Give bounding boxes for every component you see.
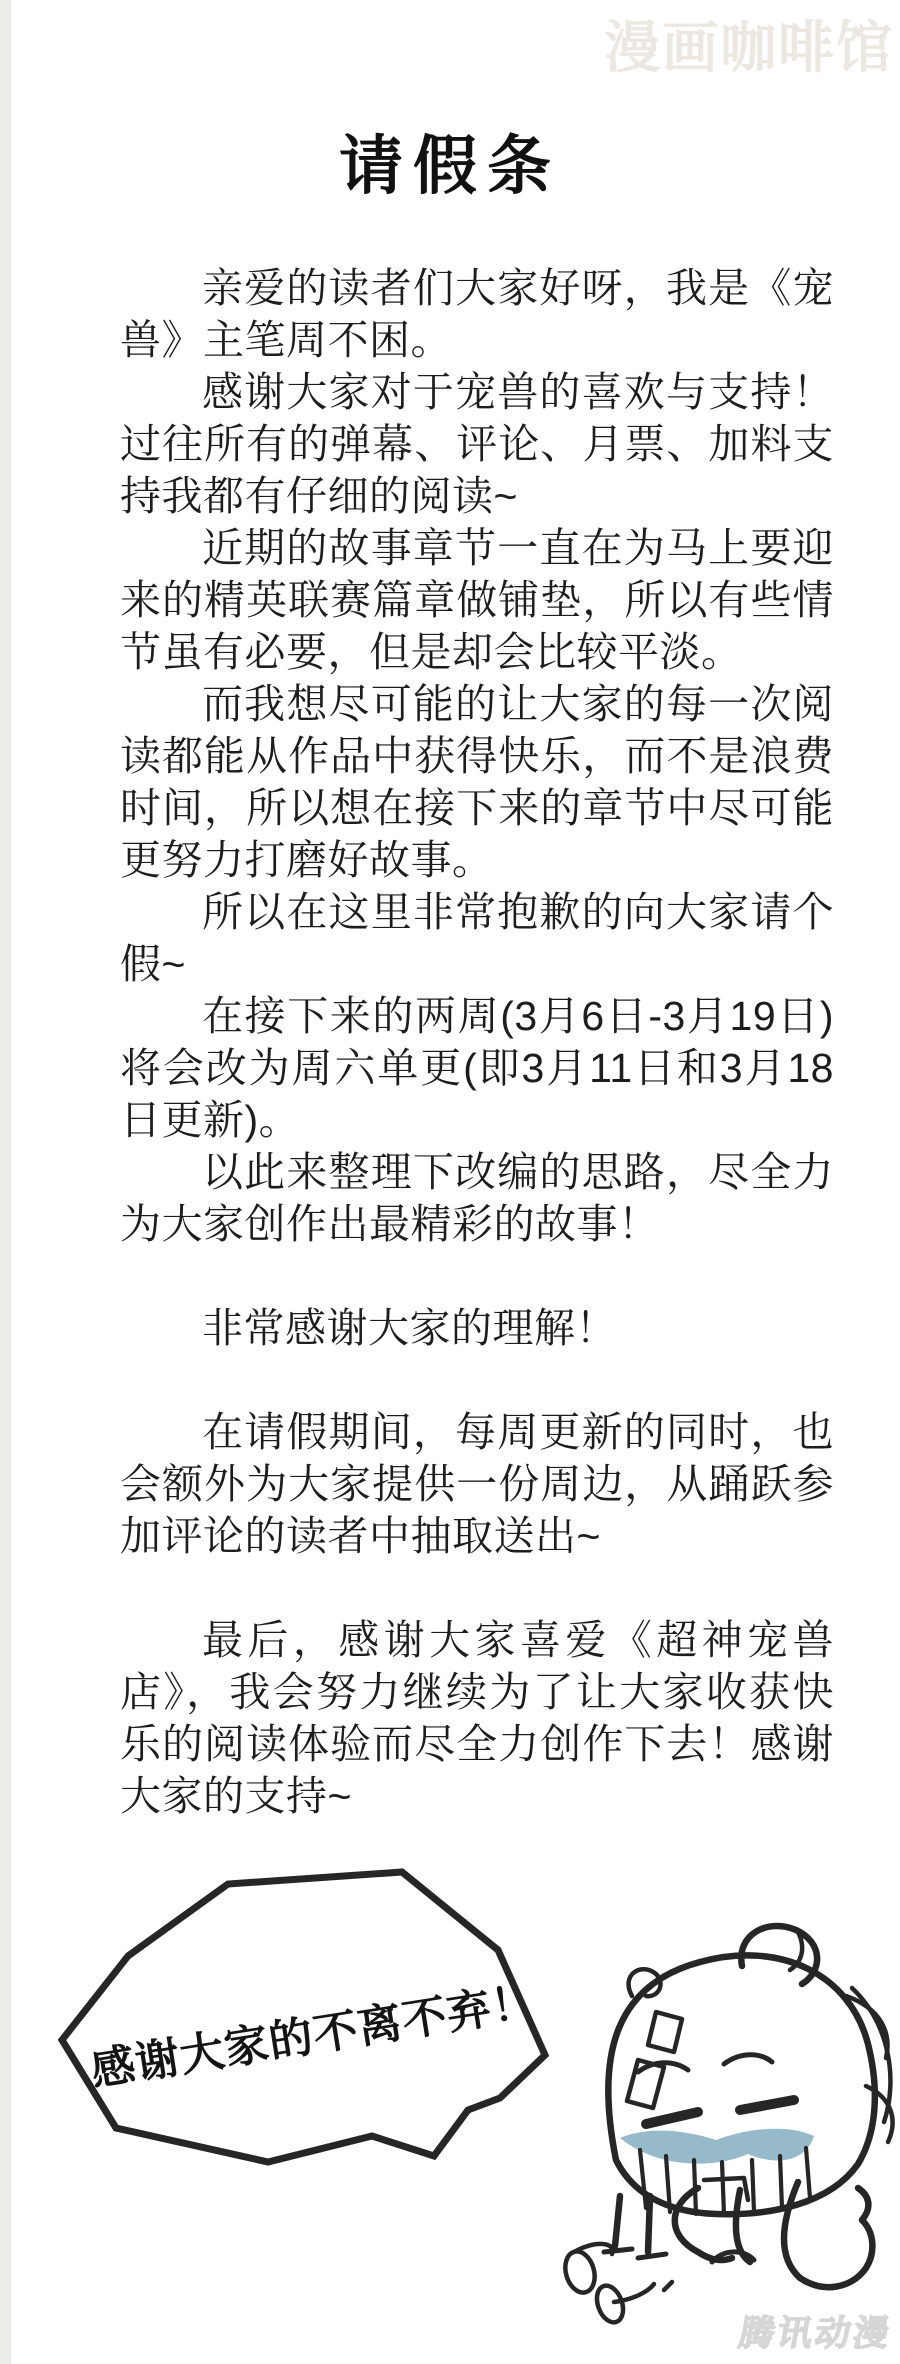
paragraph: 最后，感谢大家喜爱《超神宠兽店》，我会努力继续为了让大家收获快乐的阅读体验而尽全… (120, 1614, 834, 1822)
tencent-comics-logo: 腾讯动漫 (736, 2306, 897, 2356)
paragraph: 以此来整理下改编的思路，尽全力为大家创作出最精彩的故事！ (120, 1146, 834, 1250)
paragraph: 非常感谢大家的理解！ (120, 1302, 834, 1354)
paragraph: 近期的故事章节一直在为马上要迎来的精英联赛篇章做铺垫，所以有些情节虽有必要，但是… (120, 522, 834, 678)
page-title: 请假条 (0, 115, 900, 207)
crying-character-illustration (604, 1926, 893, 2287)
paragraph: 亲爱的读者们大家好呀，我是《宠兽》主笔周不困。 (120, 262, 834, 366)
footer-illustration (0, 1850, 900, 2364)
paragraph: 在接下来的两周(3月6日-3月19日)将会改为周六单更(即3月11日和3月18日… (120, 990, 834, 1146)
paragraph: 在请假期间，每周更新的同时，也会额外为大家提供一份周边，从踊跃参加评论的读者中抽… (120, 1406, 834, 1562)
site-watermark: 漫画咖啡馆 (604, 4, 894, 84)
paragraph: 感谢大家对于宠兽的喜欢与支持！过往所有的弹幕、评论、月票、加料支持我都有仔细的阅… (120, 366, 834, 522)
paragraph: 所以在这里非常抱歉的向大家请个假~ (120, 886, 834, 990)
notice-body: 亲爱的读者们大家好呀，我是《宠兽》主笔周不困。 感谢大家对于宠兽的喜欢与支持！过… (120, 262, 834, 1822)
paragraph: 而我想尽可能的让大家的每一次阅读都能从作品中获得快乐，而不是浪费时间，所以想在接… (120, 678, 834, 886)
